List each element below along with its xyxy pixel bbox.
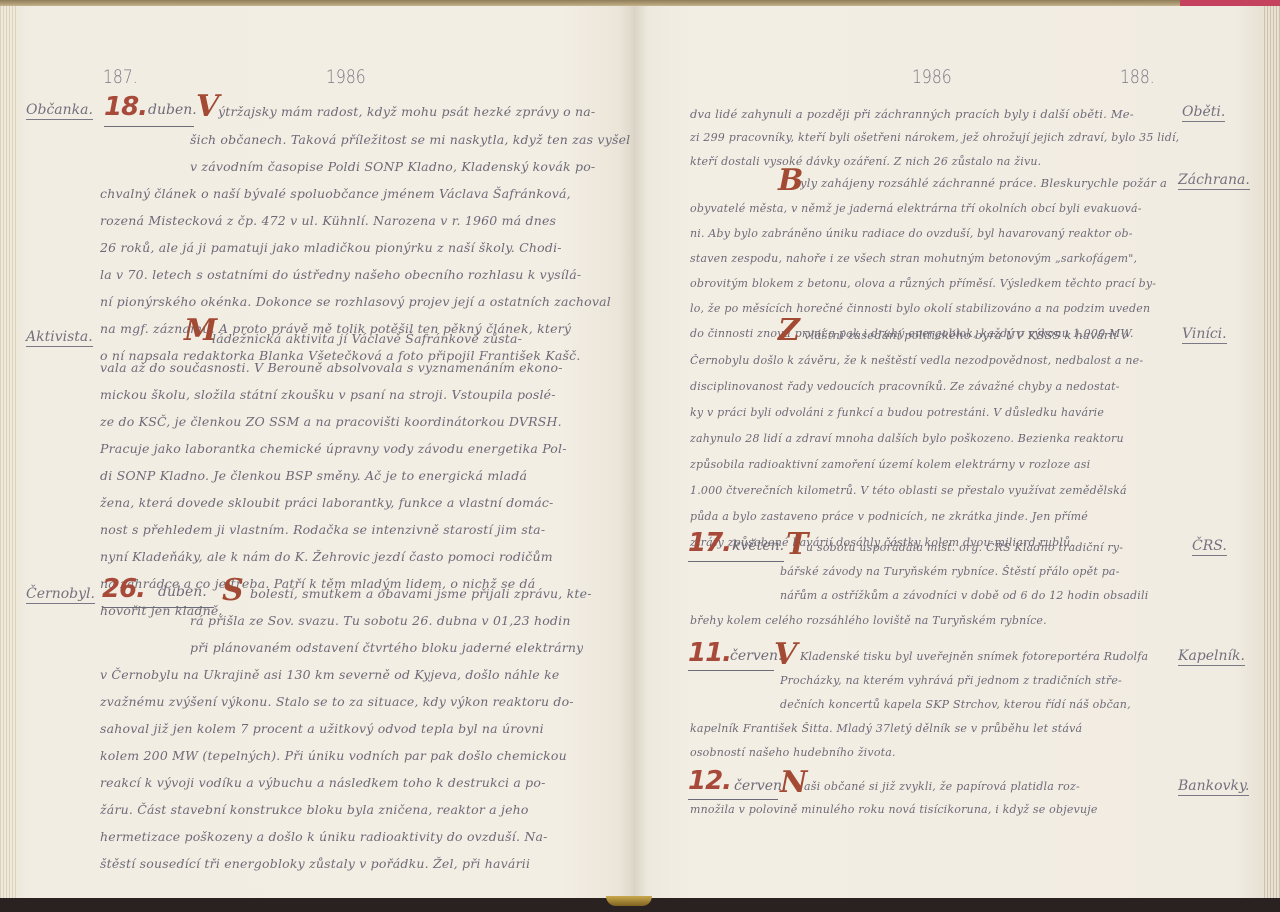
text-line: hermetizace poškozeny a došlo k úniku ra… bbox=[100, 829, 548, 844]
text-line: nost s přehledem ji vlastním. Rodačka se… bbox=[100, 522, 545, 537]
text-line: žáru. Část stavební konstrukce bloku byl… bbox=[100, 802, 529, 817]
date-month: duben. bbox=[148, 102, 197, 118]
text-line: nářům a ostřížkům a závodníci v době od … bbox=[780, 589, 1148, 602]
text-line: aši občané si již zvykli, že papírová pl… bbox=[804, 780, 1080, 793]
text-line: Procházky, na kterém vyhrává při jednom … bbox=[780, 674, 1122, 687]
margin-note-kapelnik: Kapelník. bbox=[1178, 648, 1245, 666]
page-number: 188. bbox=[1120, 66, 1155, 88]
text-line: chvalný článek o naší bývalé spoluobčanc… bbox=[100, 186, 571, 201]
open-chronicle-book: 187. 1986 Občanka. 18. duben. V ýtržajsk… bbox=[0, 0, 1280, 898]
text-line: nyní Kladeňáky, ale k nám do K. Žehrovic… bbox=[100, 549, 553, 564]
text-line: sahoval již jen kolem 7 procent a užitko… bbox=[100, 721, 544, 736]
red-initial: T bbox=[786, 530, 808, 560]
text-line: způsobila radioaktivní zamoření území ko… bbox=[690, 458, 1090, 471]
text-line: rá přišla ze Sov. svazu. Tu sobotu 26. d… bbox=[190, 613, 571, 628]
text-line: ní pionýrského okénka. Dokonce se rozhla… bbox=[100, 294, 611, 309]
page-number: 187. bbox=[103, 66, 138, 88]
text-line: ky v práci byli odvoláni z funkcí a budo… bbox=[690, 406, 1104, 419]
date-day: 17. bbox=[688, 528, 731, 558]
margin-note-zachrana: Záchrana. bbox=[1178, 172, 1250, 190]
margin-note-crs: ČRS. bbox=[1192, 538, 1227, 556]
text-line: při plánovaném odstavení čtvrtého bloku … bbox=[190, 640, 583, 655]
text-line: bářské závody na Turyňském rybníce. Štěs… bbox=[780, 565, 1120, 578]
text-line: štěstí sousedící tři energobloky zůstaly… bbox=[100, 856, 530, 871]
text-line: u sobotu uspořádala míst. org. ČRS Kladn… bbox=[806, 541, 1123, 554]
text-line: ze do KSČ, je členkou ZO SSM a na pracov… bbox=[100, 414, 562, 429]
text-line: ládežnická aktivita jí Václavě Šafránkov… bbox=[212, 331, 522, 346]
margin-note-obcanka: Občanka. bbox=[26, 102, 93, 120]
text-line: břehy kolem celého rozsáhlého loviště na… bbox=[690, 614, 1047, 627]
text-line: kapelník František Šitta. Mladý 37letý d… bbox=[690, 722, 1082, 735]
page-stack-edge-right bbox=[1262, 6, 1280, 898]
text-line: 26 roků, ale já ji pamatuji jako mladičk… bbox=[100, 240, 562, 255]
page-year: 1986 bbox=[326, 66, 366, 88]
date-day: 26. bbox=[102, 574, 145, 604]
date-month: květen. bbox=[732, 538, 784, 554]
date-underline bbox=[688, 561, 784, 562]
text-line: vala až do současnosti. V Berouně absolv… bbox=[100, 360, 563, 375]
text-line: la v 70. letech s ostatními do ústředny … bbox=[100, 267, 581, 282]
right-page: 1986 188. Oběti. dva lidé zahynuli a poz… bbox=[634, 6, 1280, 898]
page-year: 1986 bbox=[912, 66, 952, 88]
date-underline bbox=[688, 670, 774, 671]
text-line: mickou školu, složila státní zkoušku v p… bbox=[100, 387, 556, 402]
text-line: staven zespodu, nahoře i ze všech stran … bbox=[690, 252, 1137, 265]
text-line: obyvatelé města, v němž je jaderná elekt… bbox=[690, 202, 1142, 215]
date-underline bbox=[688, 799, 778, 800]
margin-note-cernobyl: Černobyl. bbox=[26, 586, 95, 604]
date-day: 18. bbox=[104, 92, 147, 122]
margin-note-bankovky: Bankovky. bbox=[1178, 778, 1249, 796]
text-line: rozená Mistecková z čp. 472 v ul. Kühnlí… bbox=[100, 213, 556, 228]
red-initial: S bbox=[222, 576, 244, 606]
text-line: 1.000 čtverečních kilometrů. V této obla… bbox=[690, 484, 1127, 497]
text-line: půda a bylo zastaveno práce v podnicích,… bbox=[690, 510, 1088, 523]
page-stack-edge-left bbox=[0, 6, 18, 898]
red-initial: V bbox=[196, 92, 219, 122]
margin-note-obeti: Oběti. bbox=[1182, 104, 1225, 122]
text-line: kteří dostali vysoké dávky ozáření. Z ni… bbox=[690, 155, 1041, 168]
left-page: 187. 1986 Občanka. 18. duben. V ýtržajsk… bbox=[0, 6, 634, 898]
date-day: 11. bbox=[688, 638, 731, 668]
text-line: Pracuje jako laborantka chemické úpravny… bbox=[100, 441, 567, 456]
date-day: 12. bbox=[688, 766, 731, 796]
date-underline bbox=[104, 126, 194, 127]
text-line: kolem 200 MW (tepelných). Při úniku vodn… bbox=[100, 748, 567, 763]
text-line: množila v polovině minulého roku nová ti… bbox=[690, 803, 1098, 816]
text-line: Kladenské tisku byl uveřejněn snímek fot… bbox=[800, 650, 1148, 663]
margin-note-aktivista: Aktivista. bbox=[26, 329, 93, 347]
text-line: zvažnému zvýšení výkonu. Stalo se to za … bbox=[100, 694, 574, 709]
text-line: lo, že po měsících horečné činnosti bylo… bbox=[690, 302, 1150, 315]
margin-note-vinici: Viníci. bbox=[1182, 326, 1227, 344]
text-line: Černobylu došlo k závěru, že k neštěstí … bbox=[690, 354, 1143, 367]
text-line: dva lidé zahynuli a později při záchrann… bbox=[690, 107, 1134, 121]
text-line: zahynulo 28 lidí a zdraví mnoha dalších … bbox=[690, 432, 1124, 445]
red-initial: Z bbox=[778, 316, 800, 346]
date-underline bbox=[102, 607, 214, 608]
text-line: ni. Aby bylo zabráněno úniku radiace do … bbox=[690, 227, 1133, 240]
date-month: červen. bbox=[734, 778, 786, 794]
text-line: bolestí, smutkem a obavami jsme přijali … bbox=[250, 586, 592, 601]
text-line: dečních koncertů kapela SKP Strchov, kte… bbox=[780, 698, 1131, 711]
text-line: di SONP Kladno. Je členkou BSP směny. Ač… bbox=[100, 468, 527, 483]
text-line: ýtržajsky mám radost, když mohu psát hez… bbox=[218, 104, 595, 119]
text-line: reakcí k vývoji vodíku a výbuchu a násle… bbox=[100, 775, 546, 790]
text-line: yly zahájeny rozsáhlé záchranné práce. B… bbox=[800, 176, 1167, 190]
text-line: obrovitým blokem z betonu, olova a různý… bbox=[690, 277, 1156, 290]
text-line: v závodním časopise Poldi SONP Kladno, K… bbox=[190, 159, 595, 174]
text-line: disciplinovanost řady vedoucích pracovní… bbox=[690, 380, 1120, 393]
red-initial: V bbox=[774, 640, 797, 670]
text-line: vláštní zasedání politického byra ÚV KSS… bbox=[804, 328, 1128, 342]
spine-clasp bbox=[606, 896, 652, 906]
text-line: v Černobylu na Ukrajině asi 130 km sever… bbox=[100, 667, 559, 682]
text-line: osobností našeho hudebního života. bbox=[690, 746, 896, 759]
date-month: duben. bbox=[158, 584, 207, 600]
text-line: zi 299 pracovníky, kteří byli ošetřeni n… bbox=[690, 131, 1179, 144]
text-line: žena, která dovede skloubit práci labora… bbox=[100, 495, 553, 510]
text-line: šich občanech. Taková příležitost se mi … bbox=[190, 132, 630, 147]
